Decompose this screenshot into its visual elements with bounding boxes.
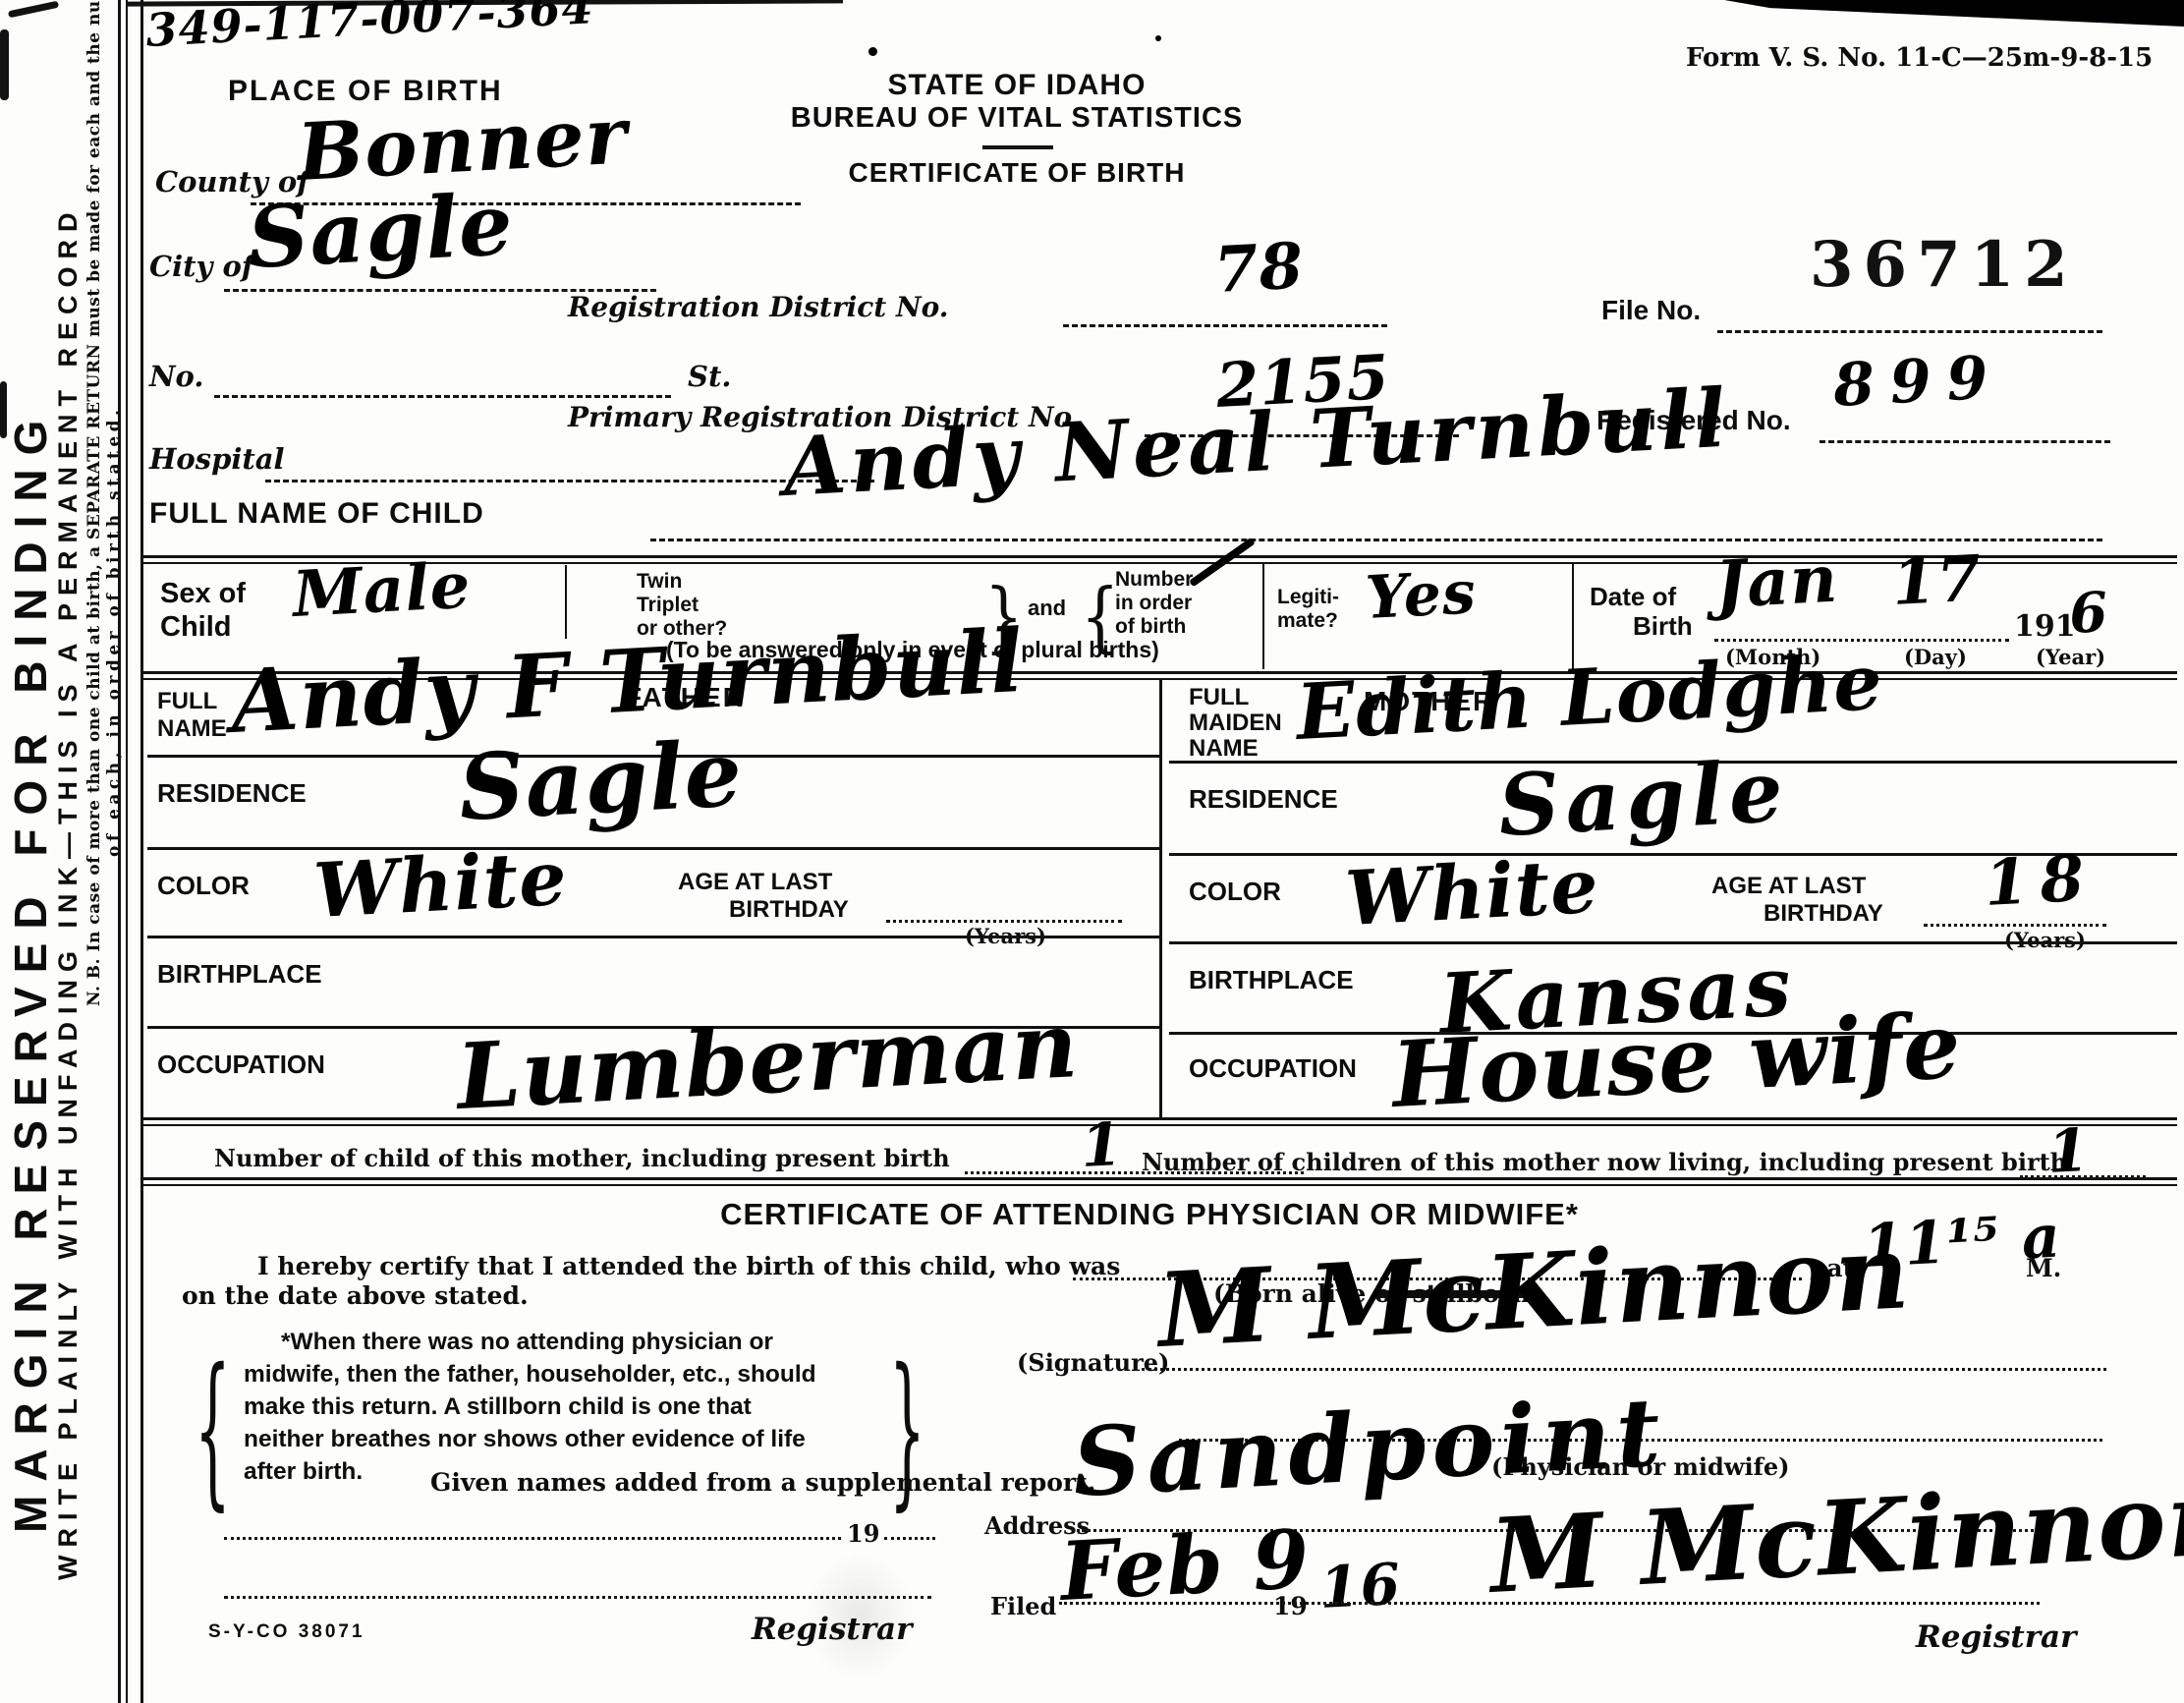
day-caption: (Day) [1904,645,1967,669]
signature-caption: (Signature) [1017,1348,1169,1377]
mother-birthplace-label: BIRTHPLACE [1189,965,1354,995]
hospital-line [265,480,874,483]
street-label: St. [688,360,731,393]
scan-mark-top-left [8,1,59,19]
file-no-stamp-value: 36712 [1810,228,2078,302]
and-label: and [1028,596,1066,621]
mother-age-handwritten: 18 [1983,841,2098,921]
street-no-label: No. [149,360,203,393]
margin-nb-note-line1: N. B. In case of more than one child at … [84,0,104,1006]
physician-signature-handwritten: M McKinnon [1155,1211,1913,1371]
mother-name-label-3: NAME [1189,735,1259,763]
print-code: S-Y-CO 38071 [208,1621,365,1643]
dob-year-written: 6 [2068,580,2110,647]
father-occupation-label: OCCUPATION [157,1050,325,1080]
mother-name-handwritten: Edith Lodghe [1294,638,1885,758]
registered-no-line [1820,440,2110,443]
binding-rule-inner [126,0,128,1703]
binding-rule-outer [118,0,121,1703]
twin-label-2: Triplet [637,594,699,617]
supplemental-line-1b [884,1537,935,1540]
margin-binding-text: MARGIN RESERVED FOR BINDING [4,407,57,1533]
mother-age-label-2: BIRTHDAY [1764,900,1883,928]
date-of-label: Date of [1590,582,1676,612]
note-brace-left: { [195,1333,231,1526]
twin-label-1: Twin [637,570,682,594]
mother-color-label: COLOR [1189,877,1281,907]
supplemental-year-stub: 19 [847,1519,879,1548]
father-age-label-2: BIRTHDAY [729,896,849,924]
birth-label: Birth [1633,611,1693,642]
note-brace-right: } [889,1333,925,1526]
sex-row-divider-2 [1262,563,1264,669]
legitimate-value-handwritten: Yes [1364,558,1478,633]
sex-value-handwritten: Male [291,549,473,632]
meridian-label: M. [2026,1254,2061,1282]
rule-below-counts [140,1177,2177,1186]
filed-line [1059,1602,2040,1605]
father-birthplace-label: BIRTHPLACE [157,959,322,990]
physician-note-line-1: *When there was no attending physician o… [281,1329,773,1356]
order-label-3: of birth [1115,615,1186,639]
full-name-of-child-label: FULL NAME OF CHILD [149,497,484,531]
dob-day-handwritten: 17 [1890,541,1984,620]
child-count-value-handwritten: 1 [1079,1110,1124,1181]
father-residence-handwritten: Sagle [456,720,745,841]
hospital-label: Hospital [149,442,285,476]
registrar-caption-left: Registrar [752,1612,912,1647]
physician-note-line-2: midwife, then the father, householder, e… [244,1361,816,1389]
certify-line-1: I hereby certify that I attended the bir… [257,1252,1120,1280]
signature-line [1142,1368,2106,1371]
mother-age-label-1: AGE AT LAST [1711,873,1866,900]
scan-blob-left-1 [0,29,9,100]
scan-dot-2 [1155,35,1161,41]
legitimate-label-2: mate? [1277,609,1338,633]
mother-years-caption: (Years) [2004,928,2086,952]
registration-district-label: Registration District No. [568,291,949,323]
rule-below-parents [140,1117,2177,1126]
file-no-line [1717,330,2102,333]
sex-row-divider-1 [565,565,567,639]
year-caption: (Year) [2036,645,2105,669]
father-age-label-1: AGE AT LAST [678,869,832,896]
father-residence-underline [147,847,1159,850]
supplemental-line-2 [224,1596,931,1599]
city-label: City of [149,250,253,283]
certificate-of-birth-heading: CERTIFICATE OF BIRTH [806,157,1228,189]
filed-label: Filed [990,1592,1056,1620]
filed-year-printed: 19 [1273,1592,1308,1620]
mother-residence-label: RESIDENCE [1189,784,1338,815]
mother-color-handwritten: White [1343,842,1600,942]
form-number: Form V. S. No. 11-C—25m-9-8-15 [1686,43,2153,73]
header-divider [982,145,1053,149]
physician-note-line-3: make this return. A stillborn child is o… [244,1393,752,1421]
father-name-label-1: FULL [157,688,217,715]
sex-of-label: Sex of [160,578,246,610]
serial-number-handwritten: 349-117-007-364 [144,0,595,57]
father-residence-label: RESIDENCE [157,778,307,809]
physician-note-line-5: after birth. [244,1458,363,1486]
father-name-label-2: NAME [157,715,227,743]
state-heading: STATE OF IDAHO [806,69,1228,102]
scan-dot-1 [868,47,877,56]
margin-nb-note-line2: of each, in order of birth stated. [104,406,124,857]
certify-line-2: on the date above stated. [182,1281,529,1310]
registration-district-value: 78 [1212,229,1306,308]
father-mother-divider [1159,678,1162,1117]
living-count-label: Number of children of this mother now li… [1142,1148,2067,1176]
legitimate-label-1: Legiti- [1277,586,1339,609]
father-color-handwritten: White [311,834,569,935]
bureau-heading: BUREAU OF VITAL STATISTICS [756,102,1277,135]
order-label-1: Number [1115,568,1193,592]
physician-note-line-4: neither breathes nor shows other evidenc… [244,1426,806,1453]
mother-occupation-label: OCCUPATION [1189,1053,1357,1084]
registered-no-value: 899 [1831,343,2005,421]
child-count-label: Number of child of this mother, includin… [214,1144,950,1172]
full-name-of-child-line [650,539,2102,541]
mother-residence-handwritten: Sagle [1496,742,1791,856]
father-color-label: COLOR [157,871,250,901]
birth-certificate-document: MARGIN RESERVED FOR BINDING WRITE PLAINL… [0,0,2184,1703]
mother-name-label-1: FULL [1189,684,1249,711]
filed-year-written: 16 [1317,1551,1402,1621]
father-color-underline [147,936,1159,938]
registrar-caption-right: Registrar [1916,1619,2076,1655]
mother-age-line [1924,924,2106,927]
city-value-handwritten: Sagle [246,175,516,288]
supplemental-line-1a [224,1537,841,1540]
scan-edge-top-right [1724,0,2184,27]
supplemental-note: Given names added from a supplemental re… [430,1468,1095,1497]
father-occupation-handwritten: Lumberman [454,992,1081,1130]
dob-year-printed: 191 [2014,609,2076,644]
street-no-line [214,395,671,398]
margin-permanent-record-text: WRITE PLAINLY WITH UNFADING INK—THIS IS … [53,204,84,1580]
father-age-line [886,920,1122,923]
order-label-2: in order [1115,592,1192,615]
mother-name-label-2: MAIDEN [1189,710,1282,737]
file-no-label: File No. [1601,295,1701,326]
sex-child-label: Child [160,611,232,644]
form-left-border [140,0,143,1703]
dob-month-handwritten: Jan [1713,540,1840,623]
registration-district-line [1063,324,1387,327]
